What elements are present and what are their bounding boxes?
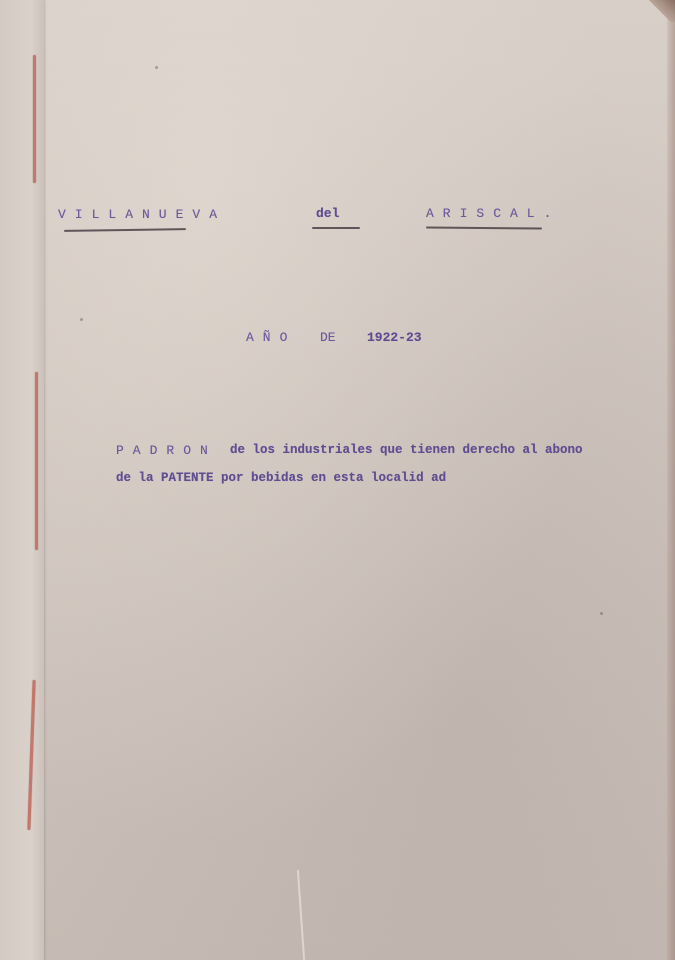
underline xyxy=(312,227,360,229)
padron-heading: PADRON xyxy=(116,443,217,458)
body-line1: de los industriales que tienen derecho a… xyxy=(230,443,583,457)
patente-word: PATENTE xyxy=(161,471,214,485)
year-de: DE xyxy=(320,330,336,345)
year-value: 1922-23 xyxy=(367,330,422,345)
year-label: AÑO xyxy=(246,330,296,345)
body-line2-b: por bebidas en esta localid ad xyxy=(214,471,447,485)
town-name-part2: del xyxy=(316,206,339,221)
town-name-part3: ARISCAL. xyxy=(426,206,560,221)
page-edge xyxy=(667,10,675,960)
body-line2-a: de la xyxy=(116,471,161,485)
paper-stain xyxy=(600,612,603,615)
underline xyxy=(426,226,542,229)
town-name-part1: VILLANUEVA xyxy=(58,207,226,222)
paper-crease xyxy=(297,870,305,960)
paper-stain xyxy=(155,66,158,69)
binding-stitch xyxy=(35,372,38,550)
body-line2: de la PATENTE por bebidas en esta locali… xyxy=(116,471,446,485)
underline xyxy=(64,228,186,232)
document-page: VILLANUEVA del ARISCAL. AÑO DE 1922-23 P… xyxy=(0,0,675,960)
torn-corner xyxy=(645,0,675,22)
paper-stain xyxy=(80,318,83,321)
binding-stitch xyxy=(33,55,36,183)
